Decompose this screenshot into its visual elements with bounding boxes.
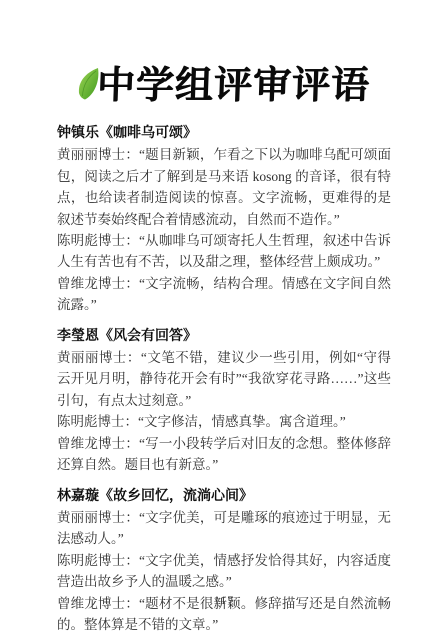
- section-heading: 钟镇乐《咖啡乌可颂》: [57, 123, 391, 144]
- page-header: 中学组评审评语: [0, 54, 448, 109]
- page-footer: 117: [0, 591, 448, 609]
- document-page: 中学组评审评语 钟镇乐《咖啡乌可颂》 黄丽丽博士：“题目新颖，乍看之下以为咖啡乌…: [0, 0, 448, 640]
- page-number: 117: [214, 593, 235, 607]
- review-comment: 陈明彪博士：“从咖啡乌可颂寄托人生哲理，叙述中告诉人生有苦也有不苦，以及甜之理，…: [57, 230, 391, 273]
- review-comment: 曾维龙博士：“写一小段转学后对旧友的念想。整体修辞还算自然。题目也有新意。”: [57, 433, 391, 476]
- section-heading: 林嘉璇《故乡回忆，流淌心间》: [57, 486, 391, 507]
- review-comment: 陈明彪博士：“文字优美，情感抒发恰得其好，内容适度营造出故乡予人的温暖之感。”: [57, 550, 391, 593]
- review-comment: 陈明彪博士：“文字修洁，情感真挚。寓含道理。”: [57, 411, 391, 432]
- review-comment: 黄丽丽博士：“题目新颖，乍看之下以为咖啡乌配可颂面包，阅读之后才了解到是马来语 …: [57, 144, 391, 230]
- calligraphy-title: 中学组评审评语: [97, 54, 372, 109]
- review-section-2: 李瑩恩《风会有回答》 黄丽丽博士：“文笔不错，建议少一些引用，例如“守得云开见月…: [57, 326, 391, 476]
- review-comment: 曾维龙博士：“文字流畅，结构合理。情感在文字间自然流露。”: [57, 273, 391, 316]
- review-content: 钟镇乐《咖啡乌可颂》 黄丽丽博士：“题目新颖，乍看之下以为咖啡乌配可颂面包，阅读…: [57, 123, 391, 635]
- review-section-1: 钟镇乐《咖啡乌可颂》 黄丽丽博士：“题目新颖，乍看之下以为咖啡乌配可颂面包，阅读…: [57, 123, 391, 316]
- review-comment: 黄丽丽博士：“文字优美，可是雕琢的痕迹过于明显，无法感动人。”: [57, 507, 391, 550]
- review-section-3: 林嘉璇《故乡回忆，流淌心间》 黄丽丽博士：“文字优美，可是雕琢的痕迹过于明显，无…: [57, 486, 391, 636]
- section-heading: 李瑩恩《风会有回答》: [57, 326, 391, 347]
- review-comment: 黄丽丽博士：“文笔不错，建议少一些引用，例如“守得云开见月明，静待花开会有时”“…: [57, 347, 391, 411]
